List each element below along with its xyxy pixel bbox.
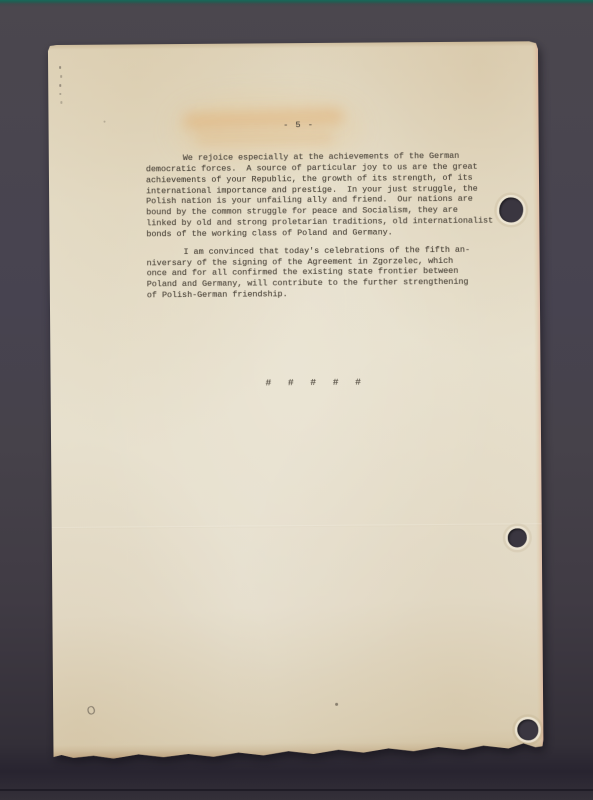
page-number: - 5 - xyxy=(239,120,359,131)
scan-floor-line xyxy=(0,789,593,791)
scan-background: - 5 - We rejoice especially at the achie… xyxy=(0,0,593,800)
text-line: bonds of the working class of Poland and… xyxy=(146,226,508,240)
paper-sheet: - 5 - We rejoice especially at the achie… xyxy=(48,41,544,760)
document-page: - 5 - We rejoice especially at the achie… xyxy=(48,41,544,760)
paper-right-edge xyxy=(532,41,544,748)
hole-punch-bottom xyxy=(517,719,538,740)
document-body: We rejoice especially at the achievement… xyxy=(146,150,509,301)
paper-speck xyxy=(335,703,338,706)
paragraph-2: I am convinced that today's celebrations… xyxy=(147,244,509,301)
paper-fold-crease xyxy=(52,523,542,529)
stamp-bleedthrough-mark xyxy=(196,132,334,145)
paper-speck xyxy=(104,121,106,123)
hole-punch-middle xyxy=(508,528,527,547)
paragraph-1: We rejoice especially at the achievement… xyxy=(146,150,509,240)
end-of-text-marks: # # # # # xyxy=(266,377,361,389)
text-line: of Polish-German friendship. xyxy=(147,288,509,302)
hole-punch-top xyxy=(499,197,523,222)
pencil-dot-column xyxy=(59,66,63,110)
pencil-circle-mark: O xyxy=(86,702,103,720)
